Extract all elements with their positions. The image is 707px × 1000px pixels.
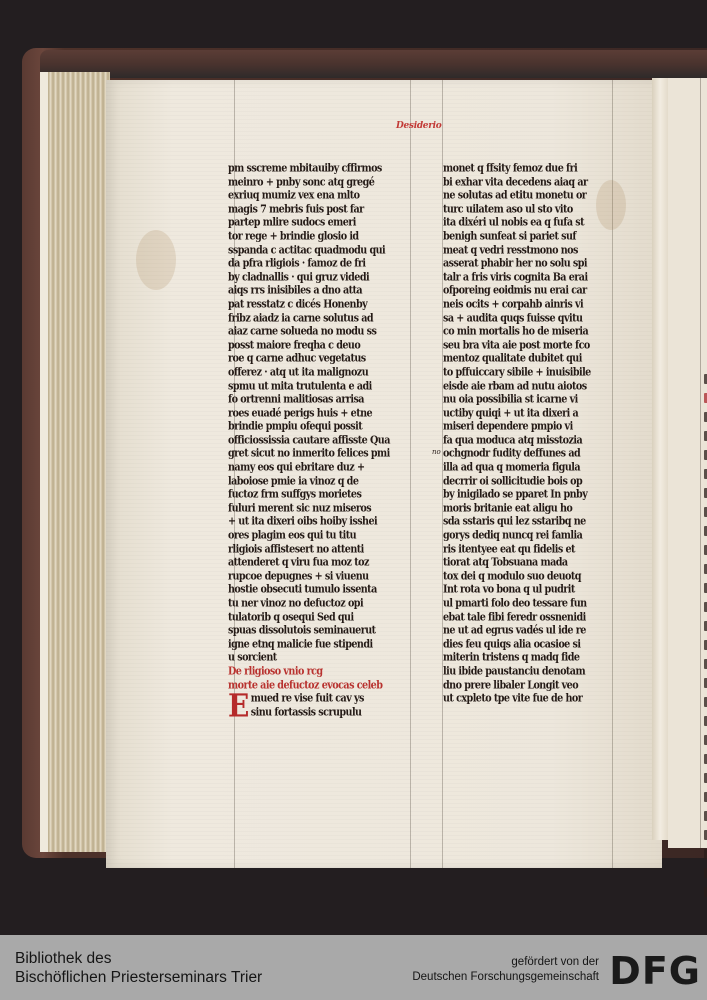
text-column-right: monet q ffsity femoz due fribi exhar vit… bbox=[443, 162, 621, 706]
manuscript-scan: Desiderio pm sscreme mbitauiby cffirmosm… bbox=[0, 0, 707, 935]
manuscript-folio: Desiderio pm sscreme mbitauiby cffirmosm… bbox=[106, 80, 662, 868]
text-line: sinu fortassis scrupulu bbox=[228, 705, 404, 720]
running-head: Desiderio bbox=[396, 121, 442, 131]
margin-note: no bbox=[432, 448, 441, 456]
ruling-line bbox=[410, 80, 411, 868]
footer-bar: Bibliothek des Bischöflichen Priestersem… bbox=[0, 935, 707, 1000]
library-name: Bibliothek des Bischöflichen Priestersem… bbox=[15, 949, 262, 987]
text-column-left: pm sscreme mbitauiby cffirmosmeinro + pn… bbox=[228, 162, 404, 719]
dfg-logo: DFG bbox=[609, 953, 701, 989]
page-block-edge bbox=[40, 72, 110, 852]
text-line: ut cxpleto tpe vite fue de hor bbox=[443, 691, 621, 706]
facing-page bbox=[668, 78, 707, 848]
funding-credit: gefördert von der Deutschen Forschungsge… bbox=[412, 955, 599, 985]
book-cover-top-edge bbox=[40, 50, 707, 78]
